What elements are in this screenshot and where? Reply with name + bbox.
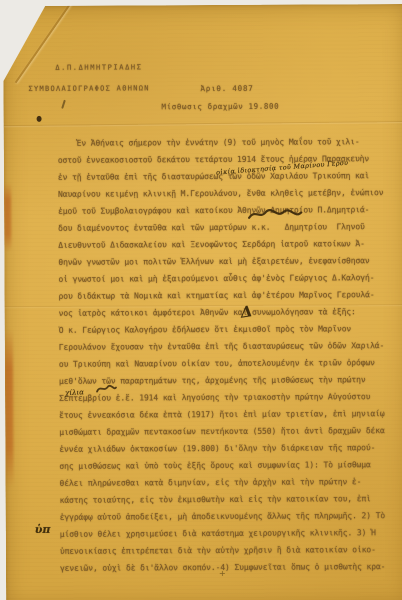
letterhead-notary-name: Δ.Π.ΔΗΜΗΤΡΙΑΔΗΣ (55, 63, 142, 71)
ink-scribble-witness (247, 207, 303, 222)
body-line: ἐννέα χιλιάδων ὀκτακοσίων (19.800) δι'ὅλ… (59, 439, 402, 458)
body-line: ου Τρικούπη καὶ Ναυαρίνου οἰκίαν του, ἀπ… (59, 354, 402, 373)
body-line: μίσθιον θέλει χρησιμεύσει διὰ κατάστημα … (60, 524, 402, 543)
body-line: θηνῶν γνωστῶν μοι πολιτῶν Ἑλλήνων καὶ μὴ… (58, 252, 401, 271)
body-line: θέλει πληρώνεσθαι κατὰ διμηνίαν, εἰς τὴν… (59, 473, 402, 492)
body-line: ρου διδάκτωρ τὰ Νομικὰ καὶ κτηματίας καὶ… (58, 286, 401, 305)
body-line: μισθώματι δραχμῶν πεντακοσίων πεντήκοντα… (59, 422, 402, 441)
body-line: κάστης τοιαύτης, εἰς τὸν ἐκμισθωτὴν καὶ … (60, 490, 402, 509)
body-line: Ἐν Ἀθήναις σήμερον τὴν ἐννάτην (9) τοῦ μ… (58, 133, 401, 152)
body-line: Ναυαρίνου κειμένῃ κλινικῇ Μ.Γερουλάνου, … (58, 184, 401, 203)
horizontal-crease (4, 121, 402, 126)
body-line: Γερουλάνον ἔχουσαν τὴν ἐνταῦθα ἐπὶ τῆς δ… (59, 337, 402, 356)
ink-scribble-date (95, 384, 117, 395)
document-subject: Μίσθωσις δραχμῶν 19.800 (162, 102, 280, 112)
body-line: Διευθυντοῦ Διδασκαλείου καὶ Ξενοφῶντος Σ… (58, 235, 401, 254)
ink-speck (37, 116, 42, 122)
handwritten-delta-correction: Δ (239, 302, 253, 321)
body-line: οστοῦ ἐννεακοσιοστοῦ δεκάτου τετάρτου 19… (58, 150, 401, 169)
document-number: Ἀριθ. 4087 (200, 84, 253, 93)
body-line: οἱ γνωστοί μοι καὶ μὴ ἐξαιρούμενοι αὖθις… (58, 269, 401, 288)
red-stain-streak (4, 182, 11, 252)
handwritten-chilia-note: χίλια (65, 388, 84, 397)
paper-sheet: Δ.Π.ΔΗΜΗΤΡΙΑΔΗΣ ΣΥΜΒΟΛΑΙΟΓΡΑΦΟΣ ΑΘΗΝΩΝ Ἀ… (3, 4, 402, 600)
letterhead-notary-title: ΣΥΜΒΟΛΑΙΟΓΡΑΦΟΣ ΑΘΗΝΩΝ (28, 84, 149, 93)
body-line: νος ἰατρὸς κάτοικοι ἀμφότεροι Ἀθηνῶν καὶ… (59, 303, 402, 322)
handwritten-plus-mark: + (219, 569, 226, 578)
body-line: ἐμοῦ τοῦ Συμβολαιογράφου καὶ κατοίκου Ἀθ… (58, 201, 401, 220)
body-line: σης μισθώσεως καὶ ὑπὸ τοὺς ἑξῆς ὅρους κα… (59, 456, 402, 475)
body-line: δου διαμένοντος ἐνταῦθα καὶ τῶν μαρτύρων… (58, 218, 401, 237)
body-line: ὑπενοικίασις ἐπιτρέπεται διὰ τὴν αὐτὴν χ… (60, 541, 402, 560)
scan-frame: Δ.Π.ΔΗΜΗΤΡΙΑΔΗΣ ΣΥΜΒΟΛΑΙΟΓΡΑΦΟΣ ΑΘΗΝΩΝ Ἀ… (0, 0, 402, 600)
body-line: ἐγγράφῳ αὐτοῦ ἀποδείξει, μὴ ἀποδεικνυομέ… (60, 507, 402, 526)
handwritten-yp-correction: ὑπ (35, 523, 51, 536)
body-line: γενειῶν, οὐχὶ δὲ δι'ἄλλον σκοπόν.-4) Συμ… (60, 558, 402, 577)
document-body: Ἐν Ἀθήναις σήμερον τὴν ἐννάτην (9) τοῦ μ… (58, 133, 402, 577)
pen-tick-mark (61, 100, 66, 109)
body-line: Ὁ κ. Γεώργιος Καλογήρου ἐδήλωσεν ὅτι ἐκμ… (59, 320, 402, 339)
body-line: ἔτους ἐννεακόσια δέκα ἑπτὰ (1917) ἤτοι ἐ… (59, 405, 402, 424)
red-stain-streak (5, 328, 14, 488)
